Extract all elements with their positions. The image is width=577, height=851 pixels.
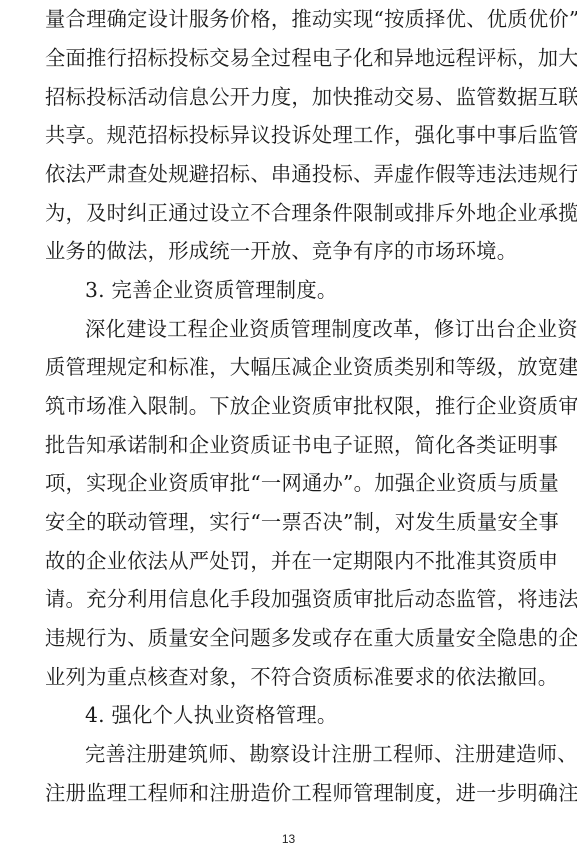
text-line: 招标投标活动信息公开力度，加快推动交易、监管数据互联 <box>45 82 535 112</box>
text-line: 项，实现企业资质审批“一网通办”。加强企业资质与质量 <box>45 468 535 498</box>
section-heading: 4. 强化个人执业资格管理。 <box>85 700 535 730</box>
text-line: 故的企业依法从严处罚，并在一定期限内不批准其资质申 <box>45 546 535 576</box>
text-line: 深化建设工程企业资质管理制度改革，修订出台企业资 <box>85 314 535 344</box>
document-page: 量合理确定设计服务价格，推动实现“按质择优、优质优价”。 全面推行招标投标交易全… <box>0 0 577 851</box>
text-line: 全面推行招标投标交易全过程电子化和异地远程评标，加大 <box>45 43 535 73</box>
text-line: 批告知承诺制和企业资质证书电子证照，简化各类证明事 <box>45 430 535 460</box>
text-line: 共享。规范招标投标异议投诉处理工作，强化事中事后监管， <box>45 120 535 150</box>
page-number: 13 <box>0 832 577 846</box>
text-line: 为，及时纠正通过设立不合理条件限制或排斥外地企业承揽 <box>45 198 535 228</box>
text-line: 业务的做法，形成统一开放、竞争有序的市场环境。 <box>45 236 535 266</box>
text-line: 注册监理工程师和注册造价工程师管理制度，进一步明确注 <box>45 778 535 808</box>
text-line: 筑市场准入限制。下放企业资质审批权限，推行企业资质审 <box>45 391 535 421</box>
text-line: 业列为重点核查对象，不符合资质标准要求的依法撤回。 <box>45 662 535 692</box>
text-line: 安全的联动管理，实行“一票否决”制，对发生质量安全事 <box>45 507 535 537</box>
text-line: 质管理规定和标准，大幅压减企业资质类别和等级，放宽建 <box>45 352 535 382</box>
text-line: 违规行为、质量安全问题多发或存在重大质量安全隐患的企 <box>45 623 535 653</box>
text-line: 请。充分利用信息化手段加强资质审批后动态监管，将违法 <box>45 584 535 614</box>
text-line: 完善注册建筑师、勘察设计注册工程师、注册建造师、 <box>85 739 535 769</box>
section-heading: 3. 完善企业资质管理制度。 <box>85 275 535 305</box>
text-line: 依法严肃查处规避招标、串通投标、弄虚作假等违法违规行 <box>45 159 535 189</box>
text-line: 量合理确定设计服务价格，推动实现“按质择优、优质优价”。 <box>45 4 535 34</box>
